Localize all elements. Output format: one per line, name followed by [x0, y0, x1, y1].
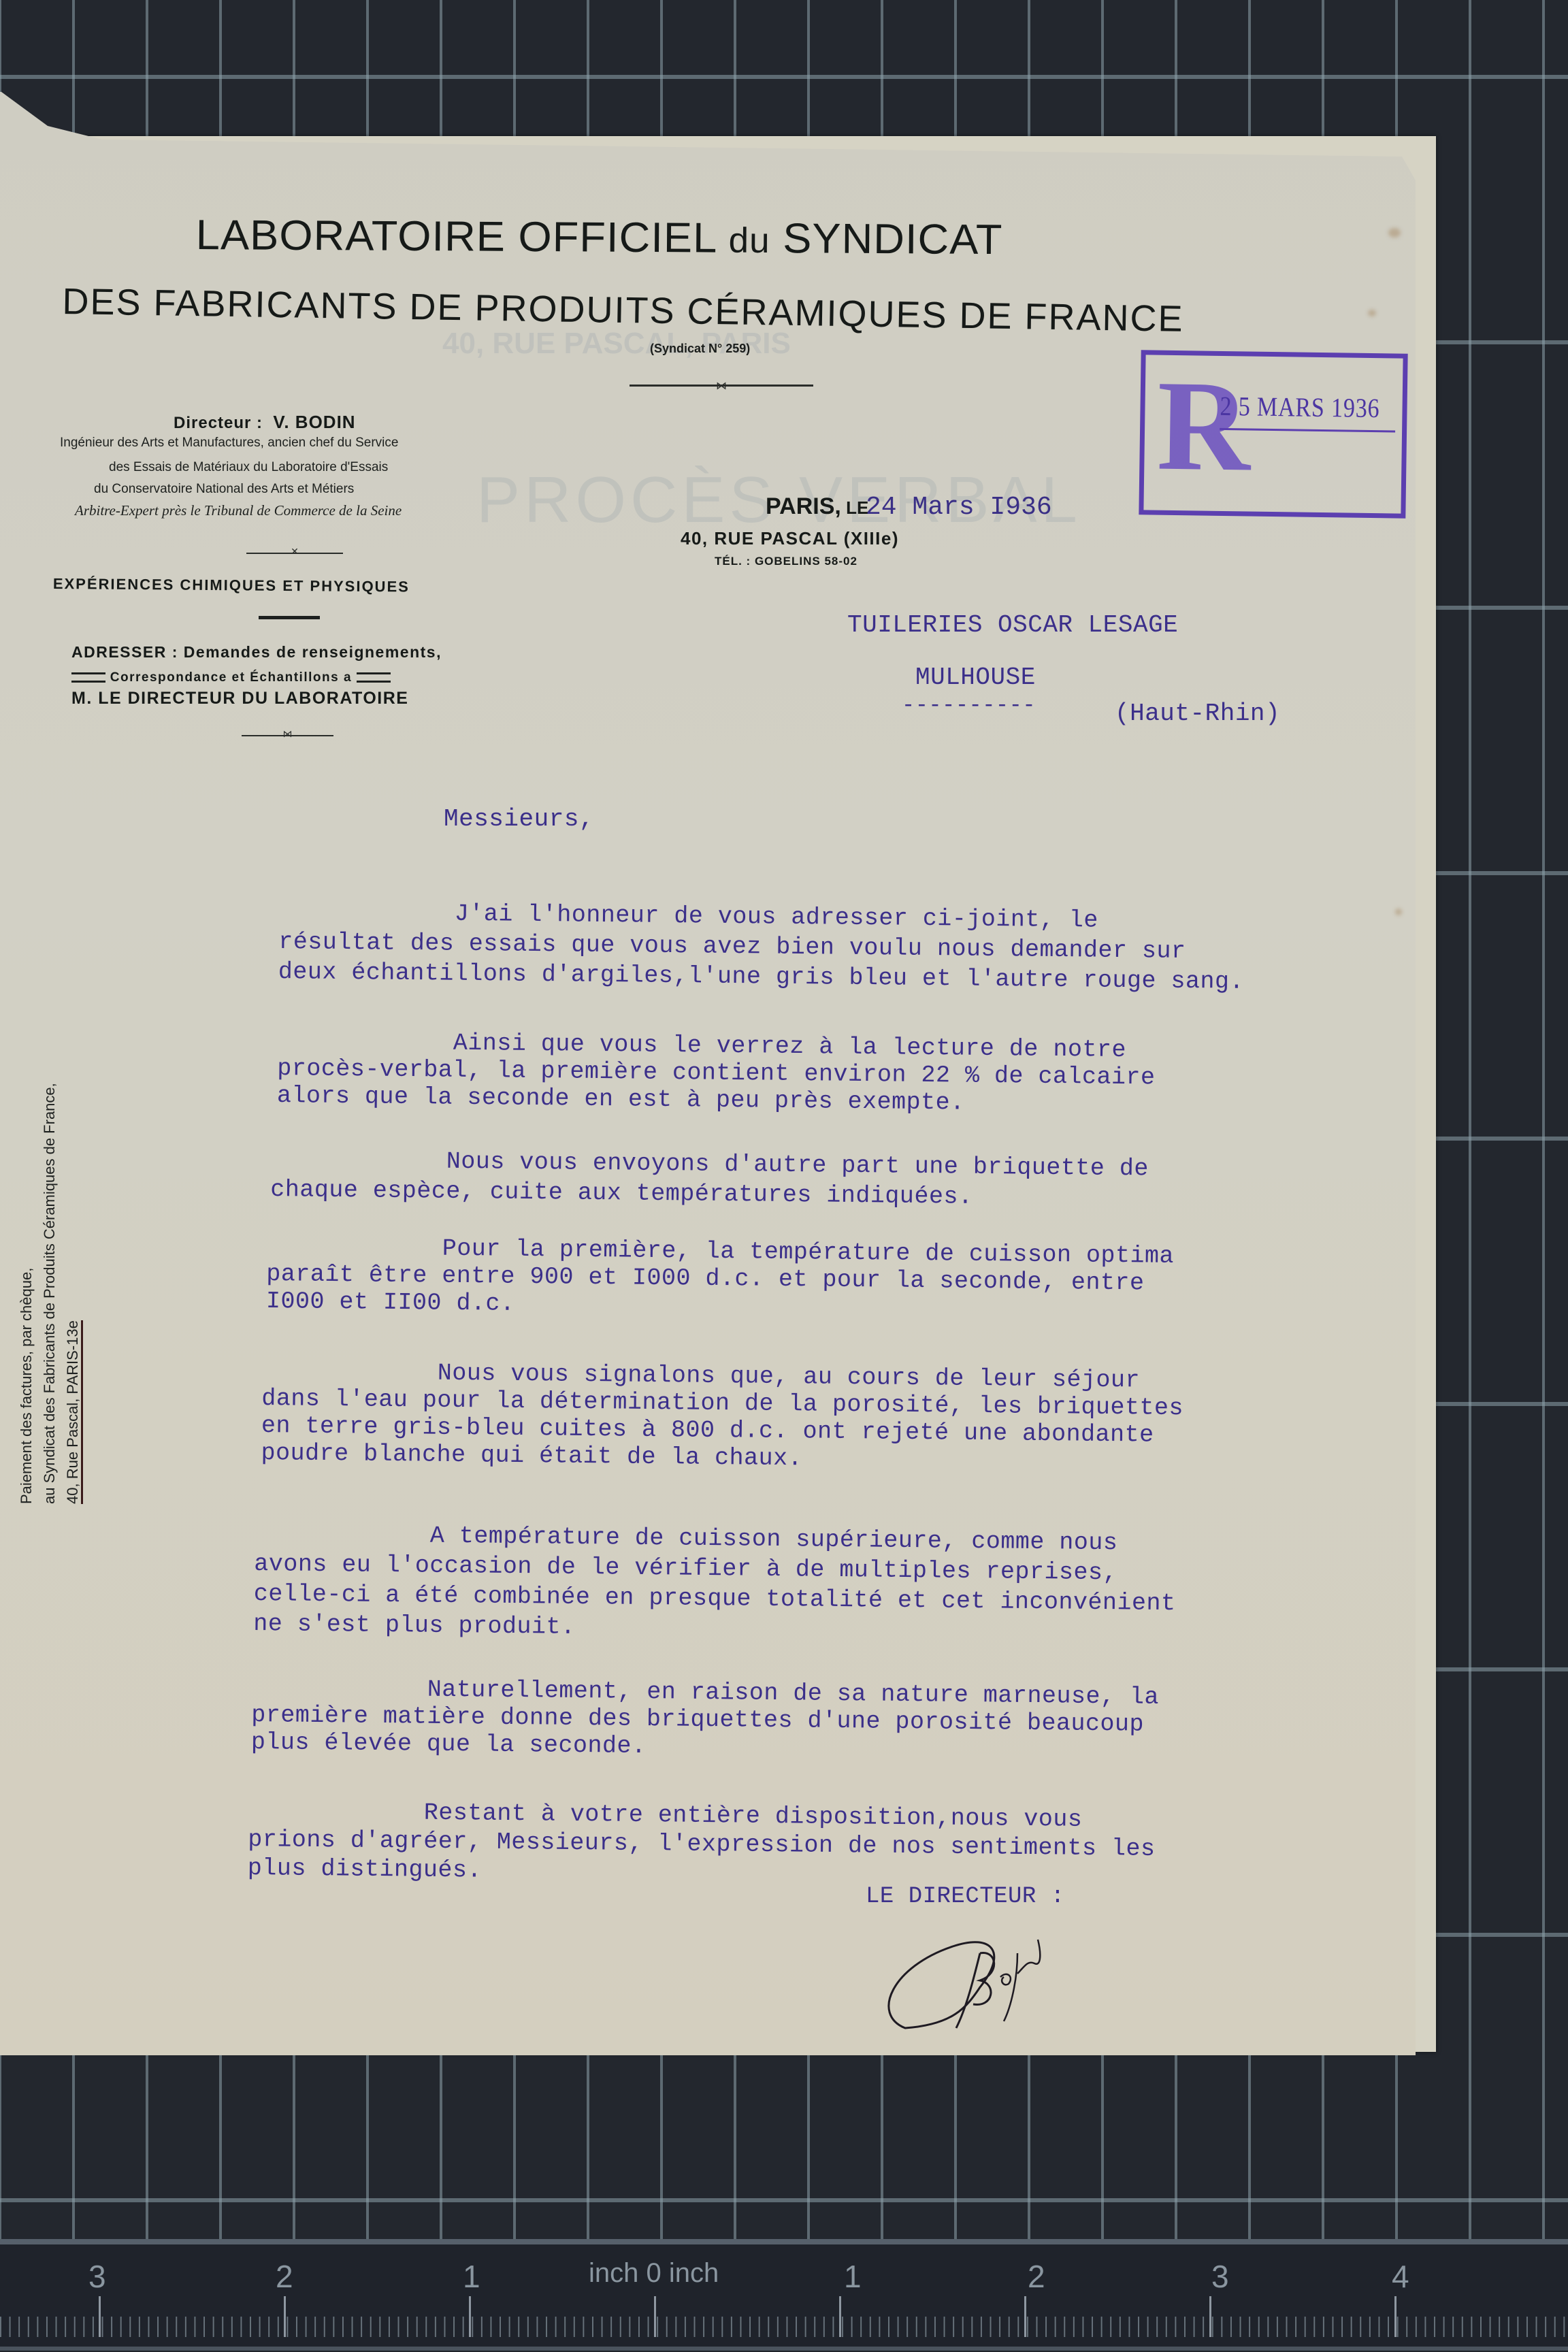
lab-address: 40, RUE PASCAL (XIIIe) [681, 528, 899, 549]
payment-margin-note: Paiement des factures, par chèque, au Sy… [15, 1083, 84, 1504]
foxing-spot [1368, 310, 1376, 316]
registered-r-icon: R [1156, 372, 1251, 482]
paragraph-4: Pour la première, la température de cuis… [266, 1233, 1174, 1324]
closing-title: LE DIRECTEUR : [866, 1884, 1065, 1910]
recipient-city: MULHOUSE [915, 664, 1036, 691]
experiences-heading: EXPÉRIENCES CHIMIQUES ET PHYSIQUES [53, 575, 410, 596]
measurement-ruler: 3 2 1 inch 0 inch 1 2 3 4 [0, 2239, 1568, 2352]
ornament-divider: ✕ [246, 553, 343, 554]
address-line-2: Correspondance et Échantillons a [71, 670, 391, 685]
address-line-1: ADRESSER : Demandes de renseignements, [71, 643, 442, 661]
margin-note-line: au Syndicat des Fabricants de Produits C… [38, 1083, 61, 1504]
director-credential-line: des Essais de Matériaux du Laboratoire d… [109, 460, 388, 475]
ruler-edge [0, 2347, 1568, 2351]
ruler-label: 3 [88, 2258, 106, 2295]
ornament-divider: ⋈ [242, 735, 333, 736]
knot-ornament-icon: ⋈ [283, 728, 293, 740]
recipient-region: (Haut-Rhin) [1115, 700, 1280, 728]
director-credential-line: du Conservatoire National des Arts et Mé… [94, 482, 354, 497]
address-line-3: M. LE DIRECTEUR DU LABORATOIRE [71, 689, 408, 708]
margin-note-line: Paiement des factures, par chèque, [15, 1083, 38, 1504]
stamp-date: 2 5 MARS 1936 [1220, 390, 1380, 424]
paragraph-8: Restant à votre entière disposition,nous… [248, 1797, 1156, 1892]
heading-rule [259, 616, 320, 619]
salutation: Messieurs, [444, 805, 594, 833]
cross-ornament-icon: ✕ [291, 546, 299, 557]
ruler-label: 2 [1028, 2258, 1045, 2295]
ornament-divider: ⋈ [630, 385, 813, 387]
ruler-label: 1 [844, 2258, 862, 2295]
paragraph-1: J'ai l'honneur de vous adresser ci-joint… [278, 897, 1245, 997]
paragraph-3: Nous vous envoyons d'autre part une briq… [270, 1145, 1149, 1214]
director-title: Directeur : V. BODIN [174, 412, 356, 433]
letterhead-line-1: LABORATOIRE OFFICIEL du SYNDICAT [196, 211, 1003, 264]
director-signature [878, 1912, 1082, 2048]
recipient-name: TUILERIES OSCAR LESAGE [847, 611, 1178, 639]
paragraph-7: Naturellement, en raison de sa nature ma… [251, 1674, 1159, 1765]
recipient-underline: ---------- [902, 693, 1036, 718]
foxing-spot [1388, 228, 1401, 238]
place-label: PARIS, LE [766, 493, 868, 520]
paragraph-6: A température de cuisson supérieure, com… [253, 1519, 1176, 1648]
letter-date: 24 Mars I936 [866, 493, 1052, 522]
paragraph-5: Nous vous signalons que, au cours de leu… [261, 1358, 1183, 1476]
bow-ornament-icon: ⋈ [716, 379, 727, 393]
syndicat-number: (Syndicat N° 259) [650, 342, 750, 356]
lab-phone: TÉL. : GOBELINS 58-02 [715, 555, 857, 568]
ruler-major-ticks [0, 2296, 1568, 2337]
ruler-label: 3 [1211, 2258, 1229, 2295]
received-stamp: R 2 5 MARS 1936 [1139, 350, 1407, 518]
director-arbitre-line: Arbitre-Expert près le Tribunal de Comme… [75, 502, 402, 519]
ruler-label-inch: inch 0 inch [589, 2258, 719, 2289]
director-credential-line: Ingénieur des Arts et Manufactures, anci… [60, 436, 398, 451]
double-rule-icon [71, 672, 105, 683]
paragraph-2: Ainsi que vous le verrez à la lecture de… [277, 1028, 1156, 1119]
foxing-spot [1395, 909, 1402, 915]
ruler-label: 1 [463, 2258, 480, 2295]
ruler-label: 2 [276, 2258, 293, 2295]
double-rule-icon [357, 672, 391, 683]
ruler-label: 4 [1392, 2258, 1409, 2295]
margin-note-line: 40, Rue Pascal, PARIS-13e [61, 1083, 84, 1504]
